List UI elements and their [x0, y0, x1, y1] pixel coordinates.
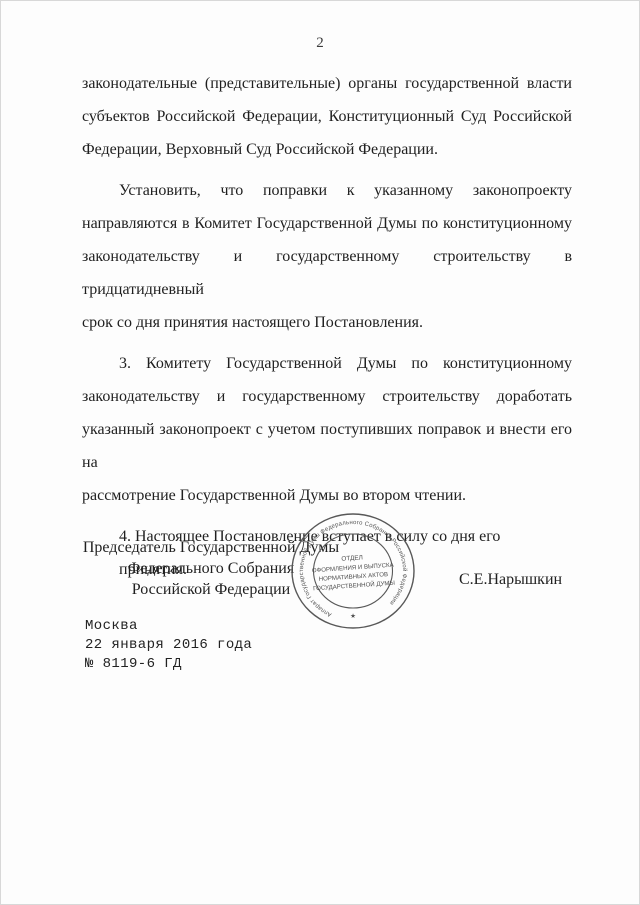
paragraph-line: указанный законопроект с учетом поступив… — [82, 413, 572, 479]
stamp-star-icon: ★ — [350, 613, 356, 620]
paragraph-1: законодательные (представительные) орган… — [82, 67, 572, 166]
paragraph-line: Установить, что поправки к указанному за… — [82, 174, 572, 207]
paragraph-line: срок со дня принятия настоящего Постанов… — [82, 306, 572, 339]
stamp-center-line: ОТДЕЛ — [341, 554, 363, 562]
paragraph-2: Установить, что поправки к указанному за… — [82, 174, 572, 339]
paragraph-line: законодательству и государственному стро… — [82, 380, 572, 413]
paragraph-line: Федерации, Верховный Суд Российской Феде… — [82, 133, 572, 166]
paragraph-line: законодательные (представительные) орган… — [82, 67, 572, 100]
document-date: 22 января 2016 года — [85, 636, 252, 655]
signatory-name: С.Е.Нарышкин — [459, 571, 562, 589]
paragraph-line: рассмотрение Государственной Думы во вто… — [82, 479, 572, 512]
paragraph-3: 3. Комитету Государственной Думы по конс… — [82, 347, 572, 512]
paragraph-line: законодательству и государственному стро… — [82, 240, 572, 306]
document-meta-block: Москва 22 января 2016 года № 8119-6 ГД — [85, 617, 252, 674]
document-body: законодательные (представительные) орган… — [82, 67, 572, 586]
page-number: 2 — [1, 35, 639, 52]
paragraph-line: субъектов Российской Федерации, Конститу… — [82, 100, 572, 133]
document-page: 2 законодательные (представительные) орг… — [0, 0, 640, 905]
paragraph-line: направляются в Комитет Государственной Д… — [82, 207, 572, 240]
paragraph-line: 3. Комитету Государственной Думы по конс… — [82, 347, 572, 380]
official-stamp: Аппарат Государственной Думы Федеральног… — [289, 511, 417, 631]
document-city: Москва — [85, 617, 252, 636]
document-number: № 8119-6 ГД — [85, 655, 252, 674]
